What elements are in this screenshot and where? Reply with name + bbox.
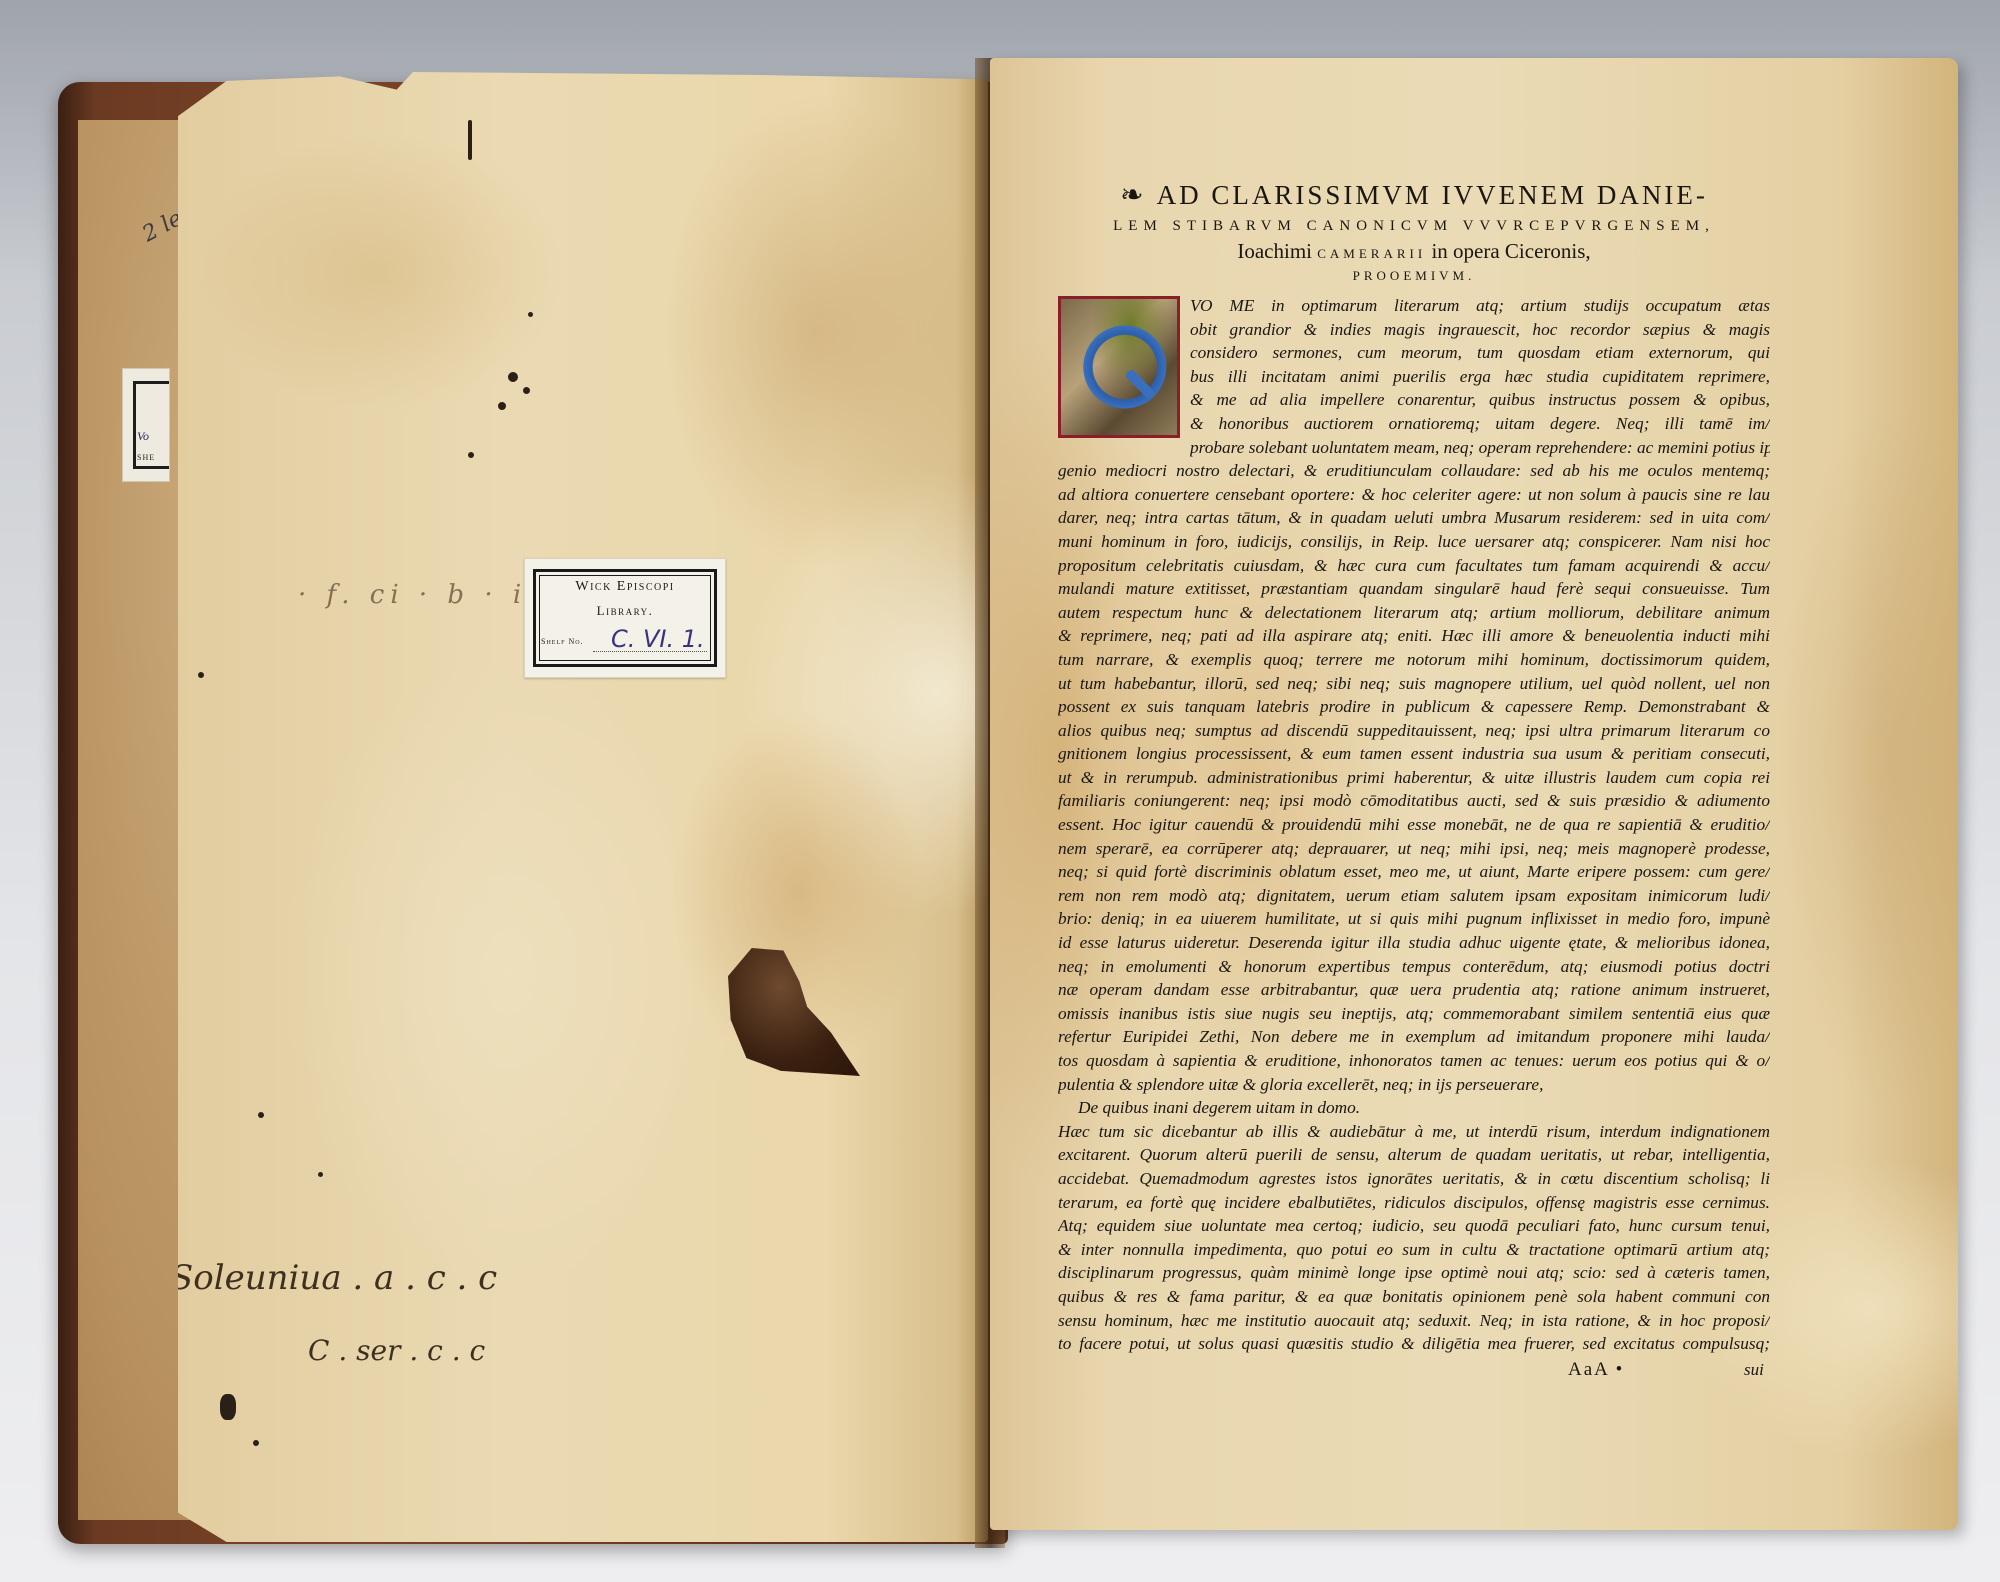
text-line: terarum, ea fortè quę incidere ebalbutiē…: [1058, 1191, 1770, 1215]
text-line: omissis inanibus istis siue nugis seu in…: [1058, 1002, 1770, 1026]
bookplate-shelf-label: Shelf No.: [541, 637, 584, 646]
ink-mark: [468, 120, 472, 160]
text-line: to facere potui, ut solus quasi quæsitis…: [1058, 1332, 1770, 1356]
ink-spot: [198, 672, 204, 678]
ink-spot: [318, 1172, 323, 1177]
ink-spot: [468, 452, 474, 458]
heading-line1: ❧AD CLARISSIMVM IVVENEM DANIE-: [1058, 178, 1770, 212]
text-line: autem respectum hunc & delectationem lit…: [1058, 601, 1770, 625]
ink-spot: [498, 402, 506, 410]
text-line: excitarent. Quorum alterū puerili de sen…: [1058, 1143, 1770, 1167]
text-line: Atq; equidem siue uoluntate mea certoq; …: [1058, 1214, 1770, 1238]
body-text: VO ME in optimarum literarum atq; artium…: [1058, 294, 1770, 1382]
text-line: & inter nonnulla impedimenta, quo potui …: [1058, 1238, 1770, 1262]
ink-blot: [220, 1394, 236, 1420]
text-line: neq; si quid fortè discriminis oblatum e…: [1058, 860, 1770, 884]
ink-spot: [523, 387, 530, 394]
catchword: sui: [1744, 1358, 1764, 1382]
burn-hole: [728, 948, 860, 1076]
text-line: possent ex suis tanquam latebris prodire…: [1058, 695, 1770, 719]
ink-spot: [258, 1112, 264, 1118]
text-line: familiaris coniungerent: neq; ipsi modò …: [1058, 789, 1770, 813]
fleuron-icon: ❧: [1120, 180, 1146, 211]
text-line: & reprimere, neq; pati ad illa aspirare …: [1058, 624, 1770, 648]
book-photo-scene: 2 le. xu. 1 Coll Vo SHE · f. ci · b · il…: [0, 0, 2000, 1582]
verse-line: De quibus inani degerem uitam in domo.: [1058, 1096, 1770, 1120]
library-bookplate: Wick Episcopi Library. Shelf No. C. VI. …: [524, 558, 726, 678]
text-line: ad altiora conuertere censebant oportere…: [1058, 483, 1770, 507]
heading-line2: LEM STIBARVM CANONICVM VVVRCEPVRGENSEM,: [1058, 218, 1770, 235]
heading-line3: Ioachimi CAMERARII in opera Ciceronis,: [1058, 239, 1770, 264]
text-line: considero sermones, cum meorum, tum quos…: [1190, 341, 1770, 365]
text-line: næ operam dandam esse arbitrabantur, quæ…: [1058, 978, 1770, 1002]
partial-bookplate-text: Vo: [137, 429, 149, 444]
decorated-initial-q: [1058, 296, 1180, 438]
text-line: genio mediocri nostro delectari, & erudi…: [1058, 459, 1770, 483]
text-line: disciplinarum progressus, quàm minimè lo…: [1058, 1261, 1770, 1285]
heading-work: in opera Ciceronis,: [1431, 239, 1590, 263]
handwritten-note-line2: C . ser . c . c: [308, 1334, 485, 1367]
text-line: alios quibus neq; sumptus ad discendū su…: [1058, 719, 1770, 743]
text-line: brio: deniq; in ea uiuerem humilitate, u…: [1058, 907, 1770, 931]
text-line: gnitionem longius processissent, & eum t…: [1058, 742, 1770, 766]
text-line: Hæc tum sic dicebantur ab illis & audieb…: [1058, 1120, 1770, 1144]
heading-author-first: Ioachimi: [1237, 239, 1312, 263]
text-line: pulentia & splendore uitæ & gloria excel…: [1058, 1073, 1770, 1097]
bookplate-library-name: Wick Episcopi: [525, 579, 725, 595]
partial-bookplate: Vo SHE: [122, 368, 170, 482]
heading-proemium: PROOEMIVM.: [1058, 268, 1770, 284]
partial-bookplate-label: SHE: [137, 453, 155, 462]
text-line: bus illi incitatam animi puerilis erga h…: [1190, 365, 1770, 389]
page-footer: AaA • sui: [1058, 1356, 1770, 1382]
text-line: neq; in emolumenti & honorum expertibus …: [1058, 955, 1770, 979]
text-line: ut & in rerumpub. administrationibus pri…: [1058, 766, 1770, 790]
text-line: obit grandior & indies magis ingrauescit…: [1190, 318, 1770, 342]
right-page: ❧AD CLARISSIMVM IVVENEM DANIE- LEM STIBA…: [990, 58, 1958, 1530]
text-line: probare solebant uoluntatem meam, neq; o…: [1190, 436, 1770, 460]
bookplate-shelf-line: [593, 651, 707, 652]
text-line: quibus & res & fama paritur, & ea quæ bo…: [1058, 1285, 1770, 1309]
text-line: rem non rem modò atq; dignitatem, uerum …: [1058, 884, 1770, 908]
text-line: darer, neq; intra cartas tātum, & in qua…: [1058, 506, 1770, 530]
text-line: & me ad alia impellere conarentur, quibu…: [1190, 388, 1770, 412]
text-line: refertur Euripidei Zethi, Non debere me …: [1058, 1025, 1770, 1049]
ink-spot: [508, 372, 518, 382]
heading-line1-text: AD CLARISSIMVM IVVENEM DANIE-: [1157, 180, 1708, 210]
text-line: VO ME in optimarum literarum atq; artium…: [1190, 294, 1770, 318]
text-line: & honoribus auctiorem ornatioremq; uitam…: [1190, 412, 1770, 436]
text-line: accidebat. Quemadmodum agrestes istos ig…: [1058, 1167, 1770, 1191]
text-line: mulandi mature extitisset, præstantiam q…: [1058, 577, 1770, 601]
printed-text-block: ❧AD CLARISSIMVM IVVENEM DANIE- LEM STIBA…: [1058, 178, 1770, 1382]
signature-mark: AaA •: [1568, 1358, 1624, 1382]
ink-spot: [528, 312, 533, 317]
text-line: essent. Hoc igitur cauendū & prouidendū …: [1058, 813, 1770, 837]
text-line: sensu hominum, hæc me institutio auocaui…: [1058, 1309, 1770, 1333]
text-line: tum narrare, & exemplis quoq; terrere me…: [1058, 648, 1770, 672]
bookplate-shelf-number: C. VI. 1.: [611, 625, 705, 653]
text-line: ut tum habebantur, illorū, sed neq; sibi…: [1058, 672, 1770, 696]
heading-author-last: CAMERARII: [1317, 246, 1426, 261]
ink-spot: [253, 1440, 259, 1446]
bookplate-library-label: Library.: [525, 603, 725, 619]
text-line: nem sperarē, ea corrūperer atq; deprauar…: [1058, 837, 1770, 861]
handwritten-note-line1: Soleuniua . a . c . c: [170, 1258, 497, 1298]
text-line: muni hominum in foro, iudicijs, consilij…: [1058, 530, 1770, 554]
text-line: id esse laturus uideretur. Deserenda igi…: [1058, 931, 1770, 955]
left-page: · f. ci · b · il · Wick Episcopi Library…: [178, 72, 988, 1542]
text-line: tos quosdam à sapientia & eruditione, in…: [1058, 1049, 1770, 1073]
text-line: propositum celebritatis cuiusdam, & hæc …: [1058, 554, 1770, 578]
